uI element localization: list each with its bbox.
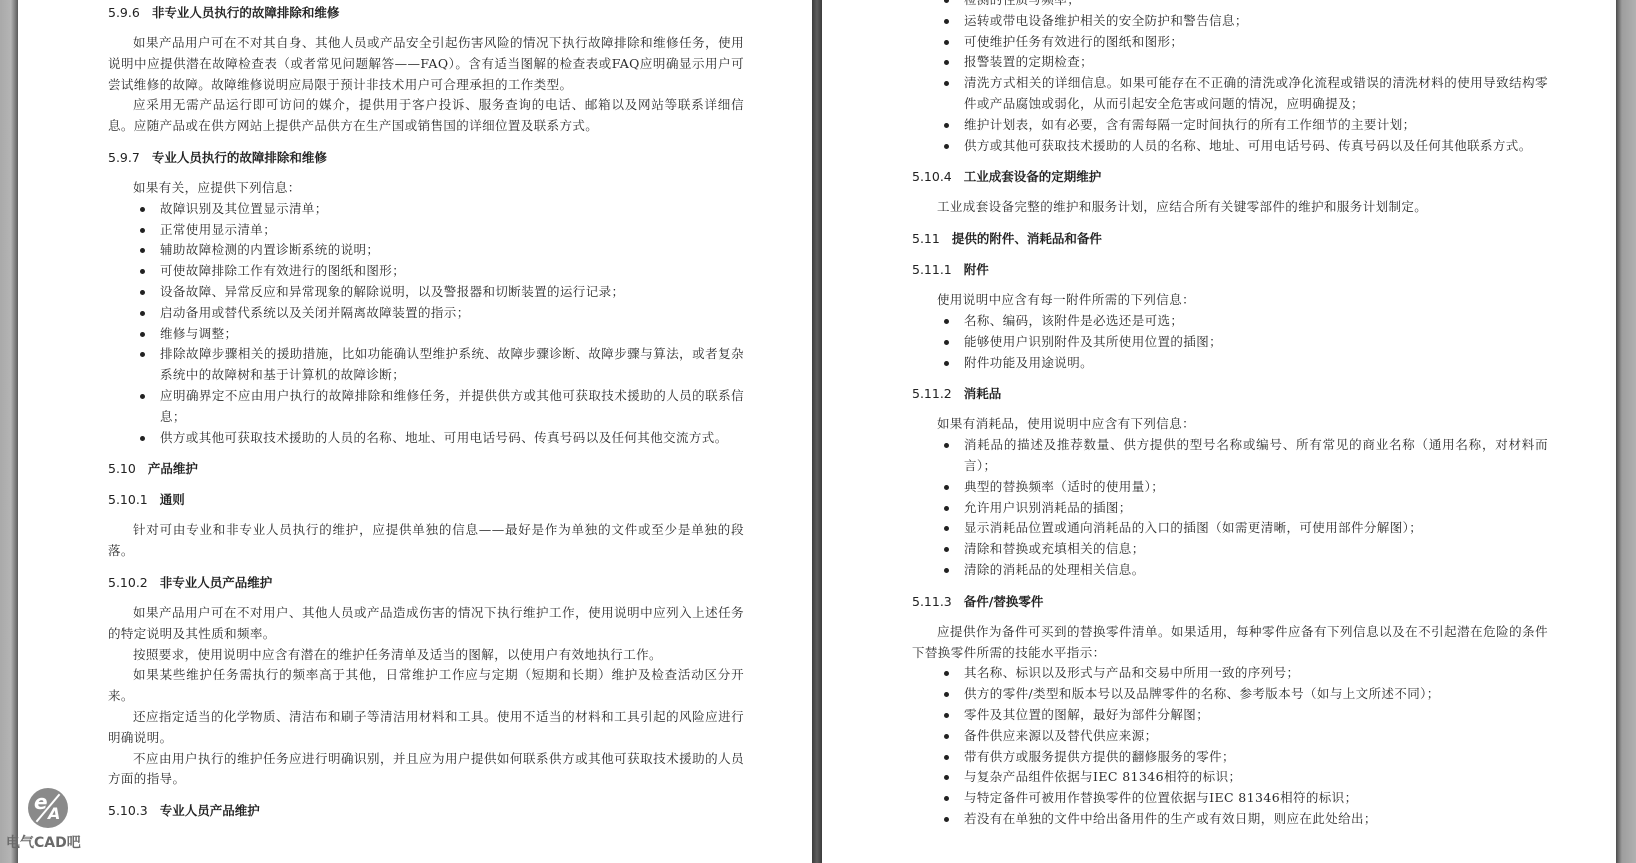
list-item: 运转或带电设备维护相关的安全防护和警告信息； bbox=[944, 11, 1548, 32]
list-item: 检测的性质与频率； bbox=[944, 0, 1548, 11]
viewer-background-left bbox=[0, 0, 18, 863]
bullet-icon bbox=[944, 0, 949, 3]
paragraph: 还应指定适当的化学物质、清洁布和刷子等清洁用材料和工具。使用不适当的材料和工具引… bbox=[108, 707, 744, 749]
bullet-icon bbox=[140, 311, 145, 316]
list-item-text: 应明确界定不应由用户执行的故障排除和维修任务，并提供供方或其他可获取技术援助的人… bbox=[160, 388, 744, 424]
bullet-icon bbox=[944, 713, 949, 718]
bullet-icon bbox=[944, 40, 949, 45]
list-item-text: 可使维护任务有效进行的图纸和图形； bbox=[964, 34, 1183, 49]
section-number: 5.10.1 bbox=[108, 489, 148, 510]
list-item-text: 维护计划表，如有必要，含有需每隔一定时间执行的所有工作细节的主要计划； bbox=[964, 117, 1416, 132]
list-item-text: 清除和替换或充填相关的信息； bbox=[964, 541, 1145, 556]
list-item: 故障识别及其位置显示清单； bbox=[140, 199, 744, 220]
bullet-icon bbox=[140, 269, 145, 274]
list-item: 维护计划表，如有必要，含有需每隔一定时间执行的所有工作细节的主要计划； bbox=[944, 115, 1548, 136]
bullet-icon bbox=[944, 123, 949, 128]
list-item: 供方的零件/类型和版本号以及品牌零件的名称、参考版本号（如与上文所述不同）； bbox=[944, 684, 1548, 705]
watermark-logo-icon: e A bbox=[28, 788, 68, 828]
bullet-icon bbox=[140, 332, 145, 337]
list-item: 清洗方式相关的详细信息。如果可能存在不正确的清洗或净化流程或错误的清洗材料的使用… bbox=[944, 73, 1548, 115]
bullet-list: 故障识别及其位置显示清单；正常使用显示清单；辅助故障检测的内置诊断系统的说明；可… bbox=[108, 199, 744, 449]
bullet-icon bbox=[944, 319, 949, 324]
bullet-icon bbox=[140, 352, 145, 357]
list-item: 附件功能及用途说明。 bbox=[944, 353, 1548, 374]
list-item: 若没有在单独的文件中给出备用件的生产或有效日期，则应在此处给出； bbox=[944, 809, 1548, 830]
list-item-text: 启动备用或替代系统以及关闭并隔离故障装置的指示； bbox=[160, 305, 470, 320]
section-number: 5.9.6 bbox=[108, 2, 140, 23]
section-number: 5.9.7 bbox=[108, 147, 140, 168]
bullet-list: 消耗品的描述及推荐数量、供方提供的型号名称或编号、所有常见的商业名称（通用名称，… bbox=[912, 435, 1548, 581]
section-number: 5.10.4 bbox=[912, 166, 952, 187]
bullet-icon bbox=[944, 361, 949, 366]
list-item-text: 带有供方或服务提供方提供的翻修服务的零件； bbox=[964, 749, 1235, 764]
bullet-icon bbox=[944, 547, 949, 552]
paragraph: 如果某些维护任务需执行的频率高于其他，日常维护工作应与定期（短期和长期）维护及检… bbox=[108, 665, 744, 707]
list-item-text: 维修与调整； bbox=[160, 326, 237, 341]
list-item: 排除故障步骤相关的援助措施，比如功能确认型维护系统、故障步骤诊断、故障步骤与算法… bbox=[140, 344, 744, 386]
section-heading: 5.10.2非专业人员产品维护 bbox=[108, 572, 744, 593]
list-item: 维修与调整； bbox=[140, 324, 744, 345]
section-number: 5.11 bbox=[912, 228, 940, 249]
paragraph: 如果产品用户可在不对其自身、其他人员或产品安全引起伤害风险的情况下执行故障排除和… bbox=[108, 33, 744, 95]
bullet-icon bbox=[140, 228, 145, 233]
bullet-icon bbox=[944, 81, 949, 86]
bullet-icon bbox=[944, 796, 949, 801]
bullet-icon bbox=[140, 394, 145, 399]
list-item-text: 供方或其他可获取技术援助的人员的名称、地址、可用电话号码、传真号码以及任何其他联… bbox=[964, 138, 1532, 153]
list-intro: 如果有关，应提供下列信息： bbox=[108, 178, 744, 199]
list-item: 能够使用户识别附件及其所使用位置的插图； bbox=[944, 332, 1548, 353]
section-heading: 5.9.6非专业人员执行的故障排除和维修 bbox=[108, 2, 744, 23]
section-title: 专业人员执行的故障排除和维修 bbox=[152, 150, 327, 165]
list-item-text: 允许用户识别消耗品的插图； bbox=[964, 500, 1132, 515]
section-heading: 5.11.2消耗品 bbox=[912, 383, 1548, 404]
paragraph: 按照要求，使用说明中应含有潜在的维护任务清单及适当的图解，以使用户有效地执行工作… bbox=[108, 645, 744, 666]
list-item: 消耗品的描述及推荐数量、供方提供的型号名称或编号、所有常见的商业名称（通用名称，… bbox=[944, 435, 1548, 477]
section-heading: 5.10.3专业人员产品维护 bbox=[108, 800, 744, 821]
list-item-text: 其名称、标识以及形式与产品和交易中所用一致的序列号； bbox=[964, 665, 1299, 680]
bullet-list: 其名称、标识以及形式与产品和交易中所用一致的序列号；供方的零件/类型和版本号以及… bbox=[912, 663, 1548, 829]
section-heading: 5.10.4工业成套设备的定期维护 bbox=[912, 166, 1548, 187]
list-item-text: 检测的性质与频率； bbox=[964, 0, 1080, 7]
section-number: 5.11.2 bbox=[912, 383, 952, 404]
bullet-list: 名称、编码，该附件是必选还是可选；能够使用户识别附件及其所使用位置的插图；附件功… bbox=[912, 311, 1548, 373]
list-item-text: 与特定备件可被用作替换零件的位置依据与IEC 81346相符的标识； bbox=[964, 790, 1357, 805]
list-item: 正常使用显示清单； bbox=[140, 220, 744, 241]
list-item: 启动备用或替代系统以及关闭并隔离故障装置的指示； bbox=[140, 303, 744, 324]
section-title: 非专业人员产品维护 bbox=[160, 575, 273, 590]
section-number: 5.10 bbox=[108, 458, 136, 479]
section-title: 提供的附件、消耗品和备件 bbox=[952, 231, 1102, 246]
list-item-text: 故障识别及其位置显示清单； bbox=[160, 201, 328, 216]
list-item: 可使故障排除工作有效进行的图纸和图形； bbox=[140, 261, 744, 282]
paragraph: 如果产品用户可在不对用户、其他人员或产品造成伤害的情况下执行维护工作，使用说明中… bbox=[108, 603, 744, 645]
section-title: 消耗品 bbox=[964, 386, 1002, 401]
document-page-right: 检测的性质与频率；运转或带电设备维护相关的安全防护和警告信息；可使维护任务有效进… bbox=[822, 0, 1616, 863]
list-item-text: 与复杂产品组件依据与IEC 81346相符的标识； bbox=[964, 769, 1241, 784]
viewer-background-right bbox=[1616, 0, 1636, 863]
list-item: 与特定备件可被用作替换零件的位置依据与IEC 81346相符的标识； bbox=[944, 788, 1548, 809]
logo-letter-a: A bbox=[48, 804, 60, 823]
section-heading: 5.11.1附件 bbox=[912, 259, 1548, 280]
section-title: 产品维护 bbox=[148, 461, 198, 476]
bullet-icon bbox=[944, 568, 949, 573]
paragraph: 应提供作为备件可买到的替换零件清单。如果适用，每种零件应备有下列信息以及在不引起… bbox=[912, 622, 1548, 664]
list-item: 与复杂产品组件依据与IEC 81346相符的标识； bbox=[944, 767, 1548, 788]
list-item: 供方或其他可获取技术援助的人员的名称、地址、可用电话号码、传真号码以及任何其他联… bbox=[944, 136, 1548, 157]
page-gutter bbox=[812, 0, 822, 863]
bullet-list: 检测的性质与频率；运转或带电设备维护相关的安全防护和警告信息；可使维护任务有效进… bbox=[912, 0, 1548, 156]
list-item-text: 供方或其他可获取技术援助的人员的名称、地址、可用电话号码、传真号码以及任何其他交… bbox=[160, 430, 728, 445]
bullet-icon bbox=[944, 526, 949, 531]
bullet-icon bbox=[944, 775, 949, 780]
list-item-text: 供方的零件/类型和版本号以及品牌零件的名称、参考版本号（如与上文所述不同）； bbox=[964, 686, 1440, 701]
section-title: 工业成套设备的定期维护 bbox=[964, 169, 1102, 184]
section-number: 5.10.2 bbox=[108, 572, 148, 593]
bullet-icon bbox=[944, 19, 949, 24]
section-title: 附件 bbox=[964, 262, 989, 277]
list-item-text: 设备故障、异常反应和异常现象的解除说明，以及警报器和切断装置的运行记录； bbox=[160, 284, 624, 299]
section-heading: 5.10.1通则 bbox=[108, 489, 744, 510]
bullet-icon bbox=[944, 340, 949, 345]
paragraph: 针对可由专业和非专业人员执行的维护，应提供单独的信息——最好是作为单独的文件或至… bbox=[108, 520, 744, 562]
bullet-icon bbox=[944, 144, 949, 149]
page-content-left: 5.9.6非专业人员执行的故障排除和维修如果产品用户可在不对其自身、其他人员或产… bbox=[108, 2, 744, 831]
list-item: 典型的替换频率（适时的使用量）； bbox=[944, 477, 1548, 498]
bullet-icon bbox=[944, 671, 949, 676]
watermark: e A 电气CAD吧 bbox=[6, 788, 96, 863]
list-item-text: 辅助故障检测的内置诊断系统的说明； bbox=[160, 242, 379, 257]
list-item-text: 备件供应来源以及替代供应来源； bbox=[964, 728, 1158, 743]
watermark-text: 电气CAD吧 bbox=[6, 832, 81, 852]
bullet-icon bbox=[944, 506, 949, 511]
list-item-text: 能够使用户识别附件及其所使用位置的插图； bbox=[964, 334, 1222, 349]
list-item: 可使维护任务有效进行的图纸和图形； bbox=[944, 32, 1548, 53]
list-item-text: 清除的消耗品的处理相关信息。 bbox=[964, 562, 1145, 577]
list-item: 应明确界定不应由用户执行的故障排除和维修任务，并提供供方或其他可获取技术援助的人… bbox=[140, 386, 744, 428]
bullet-icon bbox=[944, 734, 949, 739]
paragraph: 不应由用户执行的维护任务应进行明确识别，并且应为用户提供如何联系供方或其他可获取… bbox=[108, 749, 744, 791]
bullet-icon bbox=[140, 290, 145, 295]
section-number: 5.11.1 bbox=[912, 259, 952, 280]
page-content-right: 检测的性质与频率；运转或带电设备维护相关的安全防护和警告信息；可使维护任务有效进… bbox=[912, 0, 1548, 840]
list-item-text: 若没有在单独的文件中给出备用件的生产或有效日期，则应在此处给出； bbox=[964, 811, 1377, 826]
list-item-text: 正常使用显示清单； bbox=[160, 222, 276, 237]
paragraph: 应采用无需产品运行即可访问的媒介，提供用于客户投诉、服务查询的电话、邮箱以及网站… bbox=[108, 95, 744, 137]
list-item: 供方或其他可获取技术援助的人员的名称、地址、可用电话号码、传真号码以及任何其他交… bbox=[140, 428, 744, 449]
section-title: 非专业人员执行的故障排除和维修 bbox=[152, 5, 340, 20]
bullet-icon bbox=[944, 755, 949, 760]
list-item-text: 零件及其位置的图解，最好为部件分解图； bbox=[964, 707, 1209, 722]
bullet-icon bbox=[944, 60, 949, 65]
list-item-text: 名称、编码，该附件是必选还是可选； bbox=[964, 313, 1183, 328]
section-number: 5.11.3 bbox=[912, 591, 952, 612]
document-page-left: 5.9.6非专业人员执行的故障排除和维修如果产品用户可在不对其自身、其他人员或产… bbox=[18, 0, 812, 863]
list-item: 零件及其位置的图解，最好为部件分解图； bbox=[944, 705, 1548, 726]
section-heading: 5.10产品维护 bbox=[108, 458, 744, 479]
section-heading: 5.11.3备件/替换零件 bbox=[912, 591, 1548, 612]
list-item: 其名称、标识以及形式与产品和交易中所用一致的序列号； bbox=[944, 663, 1548, 684]
list-intro: 如果有消耗品，使用说明中应含有下列信息： bbox=[912, 414, 1548, 435]
list-item-text: 报警装置的定期检查； bbox=[964, 54, 1093, 69]
list-item-text: 可使故障排除工作有效进行的图纸和图形； bbox=[160, 263, 405, 278]
bullet-icon bbox=[944, 485, 949, 490]
list-item: 允许用户识别消耗品的插图； bbox=[944, 498, 1548, 519]
bullet-icon bbox=[944, 443, 949, 448]
list-intro: 使用说明中应含有每一附件所需的下列信息： bbox=[912, 290, 1548, 311]
bullet-icon bbox=[140, 436, 145, 441]
list-item: 备件供应来源以及替代供应来源； bbox=[944, 726, 1548, 747]
list-item-text: 运转或带电设备维护相关的安全防护和警告信息； bbox=[964, 13, 1248, 28]
list-item: 清除和替换或充填相关的信息； bbox=[944, 539, 1548, 560]
section-title: 通则 bbox=[160, 492, 185, 507]
list-item-text: 显示消耗品位置或通向消耗品的入口的插图（如需更清晰，可使用部件分解图）； bbox=[964, 520, 1422, 535]
list-item-text: 附件功能及用途说明。 bbox=[964, 355, 1093, 370]
list-item: 带有供方或服务提供方提供的翻修服务的零件； bbox=[944, 747, 1548, 768]
list-item-text: 清洗方式相关的详细信息。如果可能存在不正确的清洗或净化流程或错误的清洗材料的使用… bbox=[964, 75, 1548, 111]
list-item: 辅助故障检测的内置诊断系统的说明； bbox=[140, 240, 744, 261]
paragraph: 工业成套设备完整的维护和服务计划，应结合所有关键零部件的维护和服务计划制定。 bbox=[912, 197, 1548, 218]
list-item-text: 典型的替换频率（适时的使用量）； bbox=[964, 479, 1164, 494]
bullet-icon bbox=[944, 817, 949, 822]
bullet-icon bbox=[140, 248, 145, 253]
list-item-text: 消耗品的描述及推荐数量、供方提供的型号名称或编号、所有常见的商业名称（通用名称，… bbox=[964, 437, 1548, 473]
list-item: 报警装置的定期检查； bbox=[944, 52, 1548, 73]
bullet-icon bbox=[944, 692, 949, 697]
bullet-icon bbox=[140, 207, 145, 212]
section-title: 专业人员产品维护 bbox=[160, 803, 260, 818]
list-item: 显示消耗品位置或通向消耗品的入口的插图（如需更清晰，可使用部件分解图）； bbox=[944, 518, 1548, 539]
list-item-text: 排除故障步骤相关的援助措施，比如功能确认型维护系统、故障步骤诊断、故障步骤与算法… bbox=[160, 346, 744, 382]
section-number: 5.10.3 bbox=[108, 800, 148, 821]
section-heading: 5.11提供的附件、消耗品和备件 bbox=[912, 228, 1548, 249]
list-item: 清除的消耗品的处理相关信息。 bbox=[944, 560, 1548, 581]
section-title: 备件/替换零件 bbox=[964, 594, 1044, 609]
list-item: 设备故障、异常反应和异常现象的解除说明，以及警报器和切断装置的运行记录； bbox=[140, 282, 744, 303]
list-item: 名称、编码，该附件是必选还是可选； bbox=[944, 311, 1548, 332]
section-heading: 5.9.7专业人员执行的故障排除和维修 bbox=[108, 147, 744, 168]
